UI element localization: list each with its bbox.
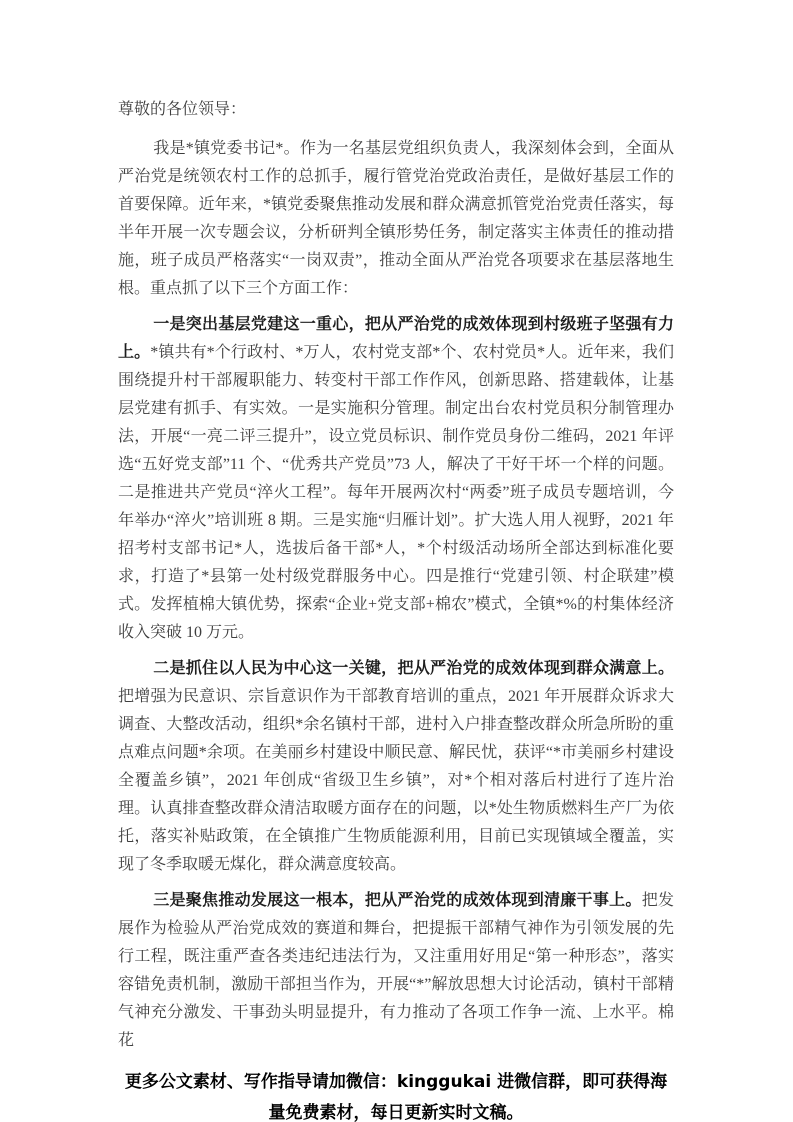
- document-page: 尊敬的各位领导： 我是*镇党委书记*。作为一名基层党组织负责人，我深刻体会到，全…: [0, 0, 793, 1122]
- paragraph-point-1: 一是突出基层党建这一重心，把从严治党的成效体现到村级班子坚强有力上。*镇共有*个…: [118, 311, 674, 647]
- paragraph-intro: 我是*镇党委书记*。作为一名基层党组织负责人，我深刻体会到，全面从严治党是统领农…: [118, 135, 674, 303]
- paragraph-point-2: 二是抓住以人民为中心这一关键，把从严治党的成效体现到群众满意上。把增强为民意识、…: [118, 655, 674, 879]
- paragraph-point-2-lead: 二是抓住以人民为中心这一关键，把从严治党的成效体现到群众满意上。: [153, 660, 674, 677]
- promo-footer: 更多公文素材、写作指导请加微信：kinggukai 进微信群，即可获得海量免费素…: [118, 1067, 674, 1122]
- paragraph-point-3-lead: 三是聚焦推动发展这一根本，把从严治党的成效体现到清廉干事上。: [153, 892, 642, 909]
- paragraph-point-3: 三是聚焦推动发展这一根本，把从严治党的成效体现到清廉干事上。把发展作为检验从严治…: [118, 887, 674, 1055]
- paragraph-intro-text: 我是*镇党委书记*。作为一名基层党组织负责人，我深刻体会到，全面从严治党是统领农…: [118, 140, 674, 297]
- document-body: 尊敬的各位领导： 我是*镇党委书记*。作为一名基层党组织负责人，我深刻体会到，全…: [118, 96, 674, 1122]
- paragraph-point-1-text: *镇共有*个行政村、*万人，农村党支部*个、农村党员*人。近年来，我们围绕提升村…: [118, 344, 674, 641]
- paragraph-point-3-text: 把发展作为检验从严治党成效的赛道和舞台，把提振干部精气神作为引领发展的先行工程，…: [118, 892, 674, 1049]
- paragraph-point-2-text: 把增强为民意识、宗旨意识作为干部教育培训的重点，2021 年开展群众诉求大调查、…: [118, 688, 674, 873]
- salutation: 尊敬的各位领导：: [118, 96, 674, 124]
